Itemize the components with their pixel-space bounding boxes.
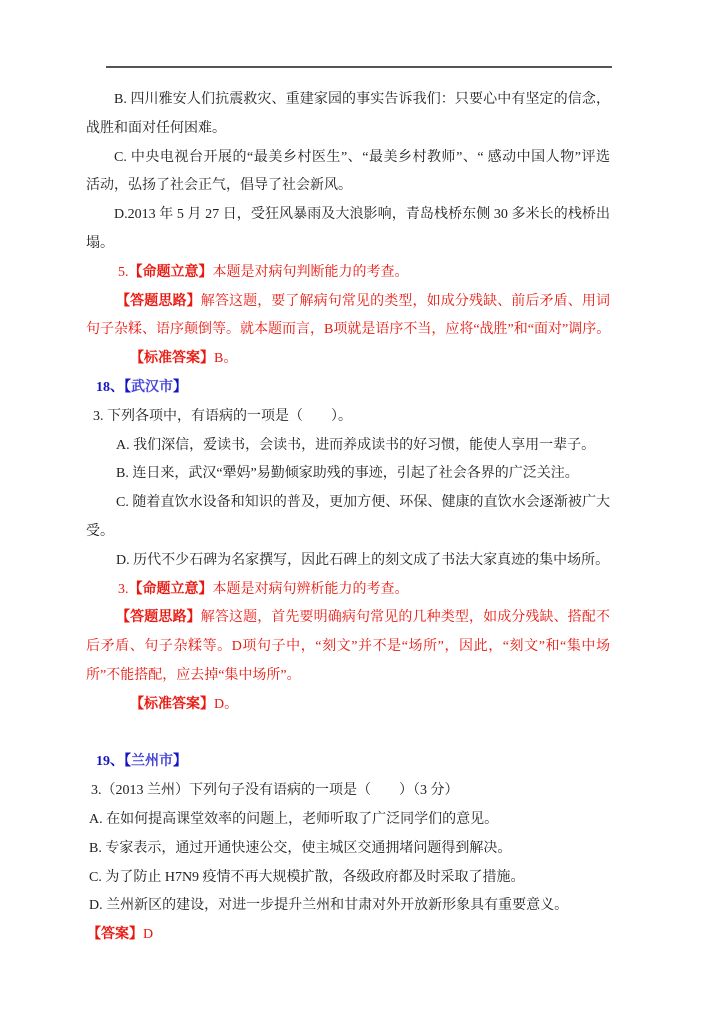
text-segment: B. 专家表示，通过开通快速公交，使主城区交通拥堵问题得到解决。 bbox=[89, 841, 511, 856]
text-segment: 所”不能搭配，应去掉“集中场所”。 bbox=[86, 668, 301, 683]
text-segment: 【答案】 bbox=[87, 927, 143, 942]
text-segment: 【答题思路】 bbox=[116, 294, 201, 309]
q5-option-c: C. 中央电视台开展的“最美乡村医生”、“最美乡村教师”、“ 感动中国人物”评选 bbox=[86, 144, 610, 173]
text-segment: D.2013 年 5 月 27 日，受狂风暴雨及大浪影响，青岛栈桥东侧 30 多… bbox=[114, 207, 610, 230]
text-segment: A. 我们深信，爱读书，会读书，进而养成读书的好习惯，能使人享用一辈子。 bbox=[116, 438, 595, 453]
q19-stem: 3.（2013 兰州）下列句子没有语病的一项是（ ）（3 分） bbox=[86, 777, 610, 806]
q18-standard-answer: 【标准答案】D。 bbox=[86, 691, 610, 720]
q19-answer: 【答案】D bbox=[86, 921, 610, 950]
text-segment: 3. bbox=[118, 582, 129, 597]
text-segment: 【 bbox=[124, 754, 131, 769]
q5-option-d: D.2013 年 5 月 27 日，受狂风暴雨及大浪影响，青岛栈桥东侧 30 多… bbox=[86, 201, 610, 230]
q18-approach-wrap1: 后矛盾、句子杂糅等。D项句子中，“刻文”并不是“场所”，因此，“刻文”和“集中场 bbox=[86, 633, 610, 662]
text-segment: 【标准答案】 bbox=[130, 351, 214, 366]
text-segment: 18、 bbox=[96, 380, 124, 395]
text-segment: D. 兰州新区的建设，对进一步提升兰州和甘肃对外开放新形象具有重要意义。 bbox=[89, 898, 568, 913]
text-segment: 】 bbox=[173, 754, 187, 769]
text-segment: C. 随着直饮水设备和知识的普及，更加方便、环保、健康的直饮水会逐渐被广大市民接 bbox=[116, 495, 610, 518]
text-segment: 战胜和面对任何困难。 bbox=[86, 121, 226, 136]
header-rule bbox=[106, 66, 612, 68]
q18-approach-wrap2: 所”不能搭配，应去掉“集中场所”。 bbox=[86, 662, 610, 691]
q18-option-b: B. 连日来，武汉“犟妈”易勤倾家助残的事迹，引起了社会各界的广泛关注。 bbox=[86, 460, 610, 489]
text-segment: B. 四川雅安人们抗震救灾、重建家园的事实告诉我们：只要心中有坚定的信念，就能 bbox=[114, 92, 610, 115]
text-segment: 句子杂糅、语序颠倒等。就本题而言，B项就是语序不当，应将“战胜”和“面对”调序。 bbox=[86, 322, 610, 337]
text-segment: D。 bbox=[214, 697, 238, 712]
text-segment: 【答题思路】 bbox=[116, 610, 201, 625]
q18-intent: 3.【命题立意】本题是对病句辨析能力的考查。 bbox=[86, 576, 610, 605]
q18-stem: 3. 下列各项中，有语病的一项是（ ）。 bbox=[86, 403, 610, 432]
q5-option-d-wrap: 塌。 bbox=[86, 230, 610, 259]
q19-option-a: A. 在如何提高课堂效率的问题上，老师听取了广泛同学们的意见。 bbox=[86, 806, 610, 835]
text-segment: 【命题立意】 bbox=[129, 265, 213, 280]
text-segment: 本题是对病句辨析能力的考查。 bbox=[213, 582, 409, 597]
text-segment: 本题是对病句判断能力的考查。 bbox=[213, 265, 409, 280]
text-segment: 武汉市 bbox=[131, 380, 173, 395]
text-segment: 塌。 bbox=[86, 236, 114, 251]
text-segment: C. 中央电视台开展的“最美乡村医生”、“最美乡村教师”、“ 感动中国人物”评选 bbox=[114, 150, 610, 165]
document-body: B. 四川雅安人们抗震救灾、重建家园的事实告诉我们：只要心中有坚定的信念，就能战… bbox=[86, 86, 610, 950]
q5-standard-answer: 【标准答案】B。 bbox=[86, 345, 610, 374]
text-segment: D. 历代不少石碑为名家撰写，因此石碑上的刻文成了书法大家真迹的集中场所。 bbox=[116, 553, 609, 568]
text-segment: 5. bbox=[118, 265, 129, 280]
q5-option-b: B. 四川雅安人们抗震救灾、重建家园的事实告诉我们：只要心中有坚定的信念，就能 bbox=[86, 86, 610, 115]
q5-approach-wrap: 句子杂糅、语序颠倒等。就本题而言，B项就是语序不当，应将“战胜”和“面对”调序。 bbox=[86, 316, 610, 345]
q5-option-c-wrap: 活动，弘扬了社会正气，倡导了社会新风。 bbox=[86, 172, 610, 201]
text-segment: 3. 下列各项中，有语病的一项是（ ）。 bbox=[93, 409, 352, 424]
q18-option-d: D. 历代不少石碑为名家撰写，因此石碑上的刻文成了书法大家真迹的集中场所。 bbox=[86, 547, 610, 576]
blank-line bbox=[86, 720, 610, 749]
q5-approach: 【答题思路】解答这题，要了解病句常见的类型，如成分残缺、前后矛盾、用词不妥、 bbox=[86, 288, 610, 317]
text-segment: 3.（2013 兰州）下列句子没有语病的一项是（ ）（3 分） bbox=[91, 783, 459, 798]
q19-option-b: B. 专家表示，通过开通快速公交，使主城区交通拥堵问题得到解决。 bbox=[86, 835, 610, 864]
text-segment: 受。 bbox=[86, 524, 114, 539]
text-segment: 】 bbox=[173, 380, 187, 395]
q18-option-a: A. 我们深信，爱读书，会读书，进而养成读书的好习惯，能使人享用一辈子。 bbox=[86, 432, 610, 461]
q18-approach: 【答题思路】解答这题，首先要明确病句常见的几种类型，如成分残缺、搭配不当、前 bbox=[86, 604, 610, 633]
text-segment: 【 bbox=[124, 380, 131, 395]
text-segment: B. 连日来，武汉“犟妈”易勤倾家助残的事迹，引起了社会各界的广泛关注。 bbox=[116, 466, 579, 481]
text-segment: 活动，弘扬了社会正气，倡导了社会新风。 bbox=[86, 178, 352, 193]
text-segment: 【命题立意】 bbox=[129, 582, 213, 597]
section-heading-18-wuhan: 18、【武汉市】 bbox=[86, 374, 610, 403]
q19-option-c: C. 为了防止 H7N9 疫情不再大规模扩散，各级政府都及时采取了措施。 bbox=[86, 864, 610, 893]
q5-option-b-wrap: 战胜和面对任何困难。 bbox=[86, 115, 610, 144]
text-segment: 【标准答案】 bbox=[130, 697, 214, 712]
text-segment: C. 为了防止 H7N9 疫情不再大规模扩散，各级政府都及时采取了措施。 bbox=[89, 870, 525, 885]
text-segment: 兰州市 bbox=[131, 754, 173, 769]
q18-option-c: C. 随着直饮水设备和知识的普及，更加方便、环保、健康的直饮水会逐渐被广大市民接 bbox=[86, 489, 610, 518]
document-page: B. 四川雅安人们抗震救灾、重建家园的事实告诉我们：只要心中有坚定的信念，就能战… bbox=[0, 0, 720, 1019]
text-segment: B。 bbox=[214, 351, 237, 366]
q5-intent: 5.【命题立意】本题是对病句判断能力的考查。 bbox=[86, 259, 610, 288]
q19-option-d: D. 兰州新区的建设，对进一步提升兰州和甘肃对外开放新形象具有重要意义。 bbox=[86, 892, 610, 921]
text-segment: 后矛盾、句子杂糅等。D项句子中，“刻文”并不是“场所”，因此，“刻文”和“集中场 bbox=[86, 639, 610, 654]
text-segment: A. 在如何提高课堂效率的问题上，老师听取了广泛同学们的意见。 bbox=[89, 812, 498, 827]
text-segment: D bbox=[143, 927, 153, 942]
text-segment: 19、 bbox=[96, 754, 124, 769]
section-heading-19-lanzhou: 19、【兰州市】 bbox=[86, 748, 610, 777]
q18-option-c-wrap: 受。 bbox=[86, 518, 610, 547]
